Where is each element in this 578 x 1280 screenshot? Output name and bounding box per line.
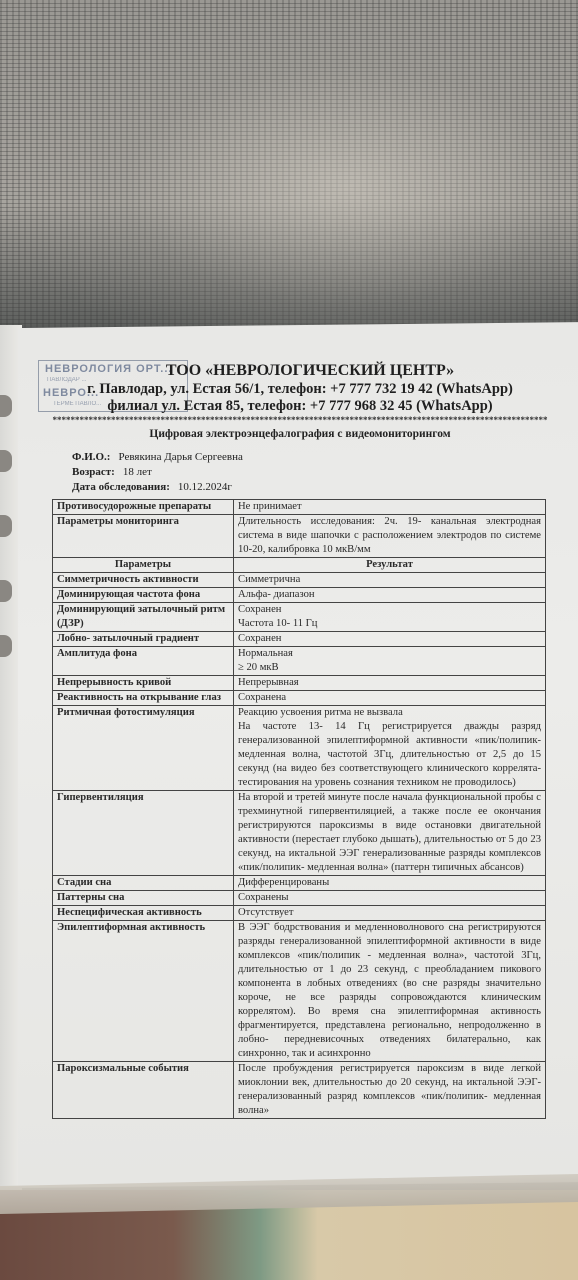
table-row: Эпилептиформная активностьВ ЭЭГ бодрство… [53, 921, 546, 1062]
result-cell: Альфа- диапазон [234, 588, 546, 603]
document-title: Цифровая электроэнцефалография с видеомо… [40, 428, 560, 440]
result-cell: Сохранен [234, 632, 546, 647]
parameter-cell: Гипервентиляция [53, 791, 234, 876]
parameter-cell: Доминирующая частота фона [53, 588, 234, 603]
main-address: г. Павлодар, ул. Естая 56/1, телефон: +7… [40, 381, 560, 398]
parameter-cell: Лобно- затылочный градиент [53, 632, 234, 647]
column-header-result: Результат [234, 558, 546, 573]
parameter-cell: Доминирующий затылочный ритм (ДЗР) [53, 603, 234, 632]
organization-name: ТОО «НЕВРОЛОГИЧЕСКИЙ ЦЕНТР» [40, 362, 560, 380]
table-row: Паттерны снаСохранены [53, 891, 546, 906]
binder-hole [0, 580, 12, 602]
result-cell: После пробуждения регистрируется парокси… [234, 1062, 546, 1119]
result-cell: Реакцию усвоения ритма не вызвала На час… [234, 706, 546, 791]
result-cell: Непрерывная [234, 676, 546, 691]
table-row: Параметры мониторингаДлительность исслед… [53, 515, 546, 558]
letterhead: ТОО «НЕВРОЛОГИЧЕСКИЙ ЦЕНТР» г. Павлодар,… [40, 362, 560, 425]
parameter-cell: Стадии сна [53, 876, 234, 891]
result-cell: В ЭЭГ бодрствования и медленноволнового … [234, 921, 546, 1062]
table-row: Противосудорожные препаратыНе принимает [53, 500, 546, 515]
table-row: Неспецифическая активностьОтсутствует [53, 906, 546, 921]
table-row: Доминирующая частота фонаАльфа- диапазон [53, 588, 546, 603]
binder-hole [0, 450, 12, 472]
result-cell: На второй и третей минуте после начала ф… [234, 791, 546, 876]
binder-hole [0, 515, 12, 537]
column-header-parameters: Параметры [53, 558, 234, 573]
parameter-cell: Амплитуда фона [53, 647, 234, 676]
parameter-cell: Паттерны сна [53, 891, 234, 906]
patient-age: 18 лет [123, 466, 152, 478]
result-cell: Сохранены [234, 891, 546, 906]
parameter-cell: Непрерывность кривой [53, 676, 234, 691]
table-row: Амплитуда фонаНормальная ≥ 20 мкВ [53, 647, 546, 676]
result-cell: Дифференцированы [234, 876, 546, 891]
exam-date: 10.12.2024г [178, 481, 232, 493]
table-row: Реактивность на открывание глазСохранена [53, 691, 546, 706]
result-cell: Сохранена [234, 691, 546, 706]
parameter-cell: Параметры мониторинга [53, 515, 234, 558]
result-cell: Нормальная ≥ 20 мкВ [234, 647, 546, 676]
binder-hole [0, 635, 12, 657]
patient-info: Ф.И.О.:Ревякина Дарья Сергеевна Возраст:… [72, 450, 243, 495]
date-label: Дата обследования: [72, 481, 170, 493]
table-row: ГипервентиляцияНа второй и третей минуте… [53, 791, 546, 876]
parameter-cell: Реактивность на открывание глаз [53, 691, 234, 706]
table-row: Симметричность активностиСимметрична [53, 573, 546, 588]
table-row: Лобно- затылочный градиентСохранен [53, 632, 546, 647]
couch-background [0, 0, 578, 340]
parameter-cell: Неспецифическая активность [53, 906, 234, 921]
table-row: Ритмичная фотостимуляцияРеакцию усвоения… [53, 706, 546, 791]
parameter-cell: Ритмичная фотостимуляция [53, 706, 234, 791]
result-cell: Отсутствует [234, 906, 546, 921]
parameter-cell: Симметричность активности [53, 573, 234, 588]
result-cell: Длительность исследования: 2ч. 19- канал… [234, 515, 546, 558]
parameter-cell: Эпилептиформная активность [53, 921, 234, 1062]
table-row: Пароксизмальные событияПосле пробуждения… [53, 1062, 546, 1119]
table-header-row: ПараметрыРезультат [53, 558, 546, 573]
name-label: Ф.И.О.: [72, 451, 110, 463]
table-row: Непрерывность кривойНепрерывная [53, 676, 546, 691]
result-cell: Сохранен Частота 10- 11 Гц [234, 603, 546, 632]
table-row: Стадии снаДифференцированы [53, 876, 546, 891]
result-cell: Симметрична [234, 573, 546, 588]
binder-hole [0, 395, 12, 417]
parameter-cell: Противосудорожные препараты [53, 500, 234, 515]
separator-line: ****************************************… [40, 415, 560, 425]
table-row: Доминирующий затылочный ритм (ДЗР)Сохран… [53, 603, 546, 632]
result-cell: Не принимает [234, 500, 546, 515]
eeg-results-table: Противосудорожные препаратыНе принимаетП… [52, 499, 546, 1119]
age-label: Возраст: [72, 466, 115, 478]
parameter-cell: Пароксизмальные события [53, 1062, 234, 1119]
patient-name: Ревякина Дарья Сергеевна [118, 451, 242, 463]
branch-address: филиал ул. Естая 85, телефон: +7 777 968… [40, 398, 560, 415]
